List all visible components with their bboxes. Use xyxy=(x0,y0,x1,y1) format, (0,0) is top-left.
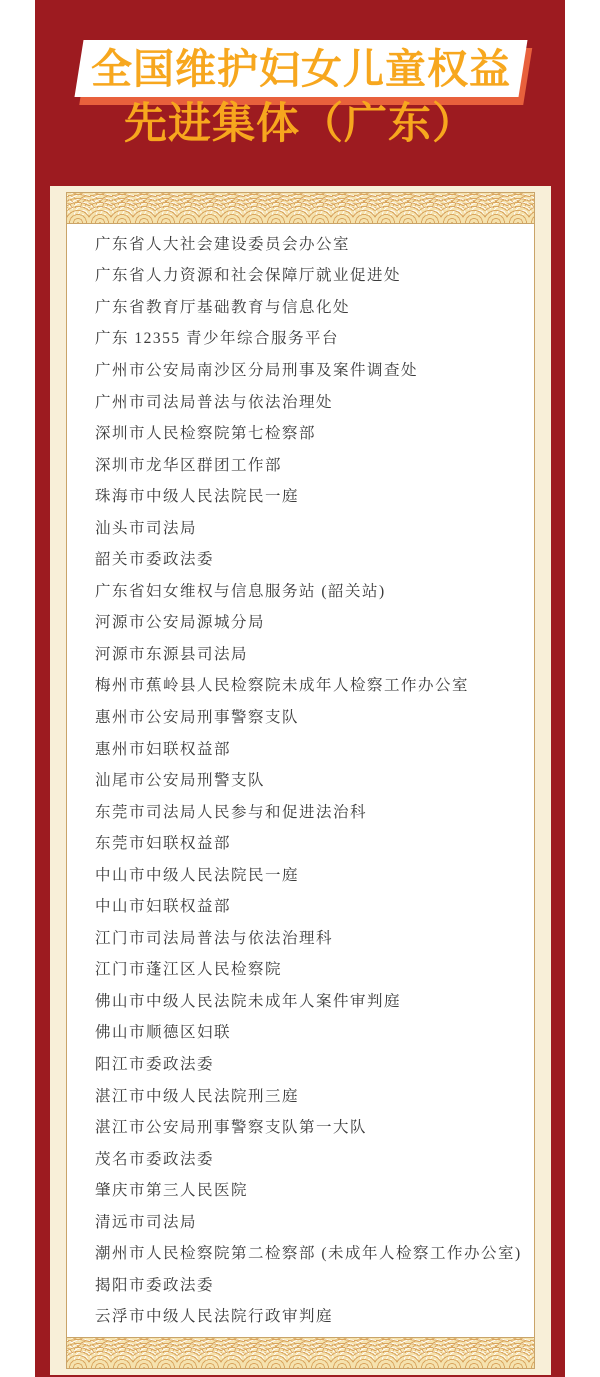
list-item: 汕尾市公安局刑警支队 xyxy=(95,763,524,795)
list-item: 广东省妇女维权与信息服务站 (韶关站) xyxy=(95,574,524,606)
list-item: 珠海市中级人民法院民一庭 xyxy=(95,479,524,511)
list-item: 中山市中级人民法院民一庭 xyxy=(95,858,524,890)
list-item: 广东省教育厅基础教育与信息化处 xyxy=(95,290,524,322)
list-item: 深圳市龙华区群团工作部 xyxy=(95,448,524,480)
list-item: 湛江市中级人民法院刑三庭 xyxy=(95,1079,524,1111)
list-item: 梅州市蕉岭县人民检察院未成年人检察工作办公室 xyxy=(95,669,524,701)
title-line1: 全国维护妇女儿童权益 xyxy=(79,40,523,97)
list-item: 江门市蓬江区人民检察院 xyxy=(95,953,524,985)
poster: 全国维护妇女儿童权益 先进集体（广东） 广东省人大社会建设委员会办公室 广东省人… xyxy=(35,0,565,1377)
page-background: 全国维护妇女儿童权益 先进集体（广东） 广东省人大社会建设委员会办公室 广东省人… xyxy=(0,0,600,1377)
list-item: 广州市司法局普法与依法治理处 xyxy=(95,385,524,417)
list-item: 阳江市委政法委 xyxy=(95,1047,524,1079)
list-item: 江门市司法局普法与依法治理科 xyxy=(95,921,524,953)
list-item: 深圳市人民检察院第七检察部 xyxy=(95,416,524,448)
list-item: 佛山市中级人民法院未成年人案件审判庭 xyxy=(95,984,524,1016)
list-item: 广州市公安局南沙区分局刑事及案件调查处 xyxy=(95,353,524,385)
list-item: 东莞市妇联权益部 xyxy=(95,826,524,858)
title-banner: 全国维护妇女儿童权益 xyxy=(74,40,527,97)
list-item: 潮州市人民检察院第二检察部 (未成年人检察工作办公室) xyxy=(95,1237,524,1269)
list-item: 广东省人大社会建设委员会办公室 xyxy=(95,227,524,259)
list-item: 云浮市中级人民法院行政审判庭 xyxy=(95,1300,524,1332)
list-item: 惠州市妇联权益部 xyxy=(95,732,524,764)
decorative-wave-band-top xyxy=(67,193,534,224)
list-panel-inner: 广东省人大社会建设委员会办公室 广东省人力资源和社会保障厅就业促进处 广东省教育… xyxy=(66,192,535,1369)
list-item: 广东省人力资源和社会保障厅就业促进处 xyxy=(95,259,524,291)
list-item: 清远市司法局 xyxy=(95,1205,524,1237)
list-item: 河源市东源县司法局 xyxy=(95,637,524,669)
list-item: 惠州市公安局刑事警察支队 xyxy=(95,700,524,732)
list-item: 肇庆市第三人民医院 xyxy=(95,1173,524,1205)
list-item: 广东 12355 青少年综合服务平台 xyxy=(95,322,524,354)
list-item: 汕头市司法局 xyxy=(95,511,524,543)
list-item: 河源市公安局源城分局 xyxy=(95,606,524,638)
list-item: 东莞市司法局人民参与和促进法治科 xyxy=(95,795,524,827)
decorative-wave-band-bottom xyxy=(67,1337,534,1368)
list-item: 茂名市委政法委 xyxy=(95,1142,524,1174)
list-item: 湛江市公安局刑事警察支队第一大队 xyxy=(95,1110,524,1142)
awardee-list: 广东省人大社会建设委员会办公室 广东省人力资源和社会保障厅就业促进处 广东省教育… xyxy=(67,224,534,1337)
title-line2: 先进集体（广东） xyxy=(35,100,565,148)
list-item: 韶关市委政法委 xyxy=(95,542,524,574)
list-item: 中山市妇联权益部 xyxy=(95,889,524,921)
list-item: 揭阳市委政法委 xyxy=(95,1268,524,1300)
list-panel: 广东省人大社会建设委员会办公室 广东省人力资源和社会保障厅就业促进处 广东省教育… xyxy=(50,186,551,1375)
list-item: 佛山市顺德区妇联 xyxy=(95,1016,524,1048)
